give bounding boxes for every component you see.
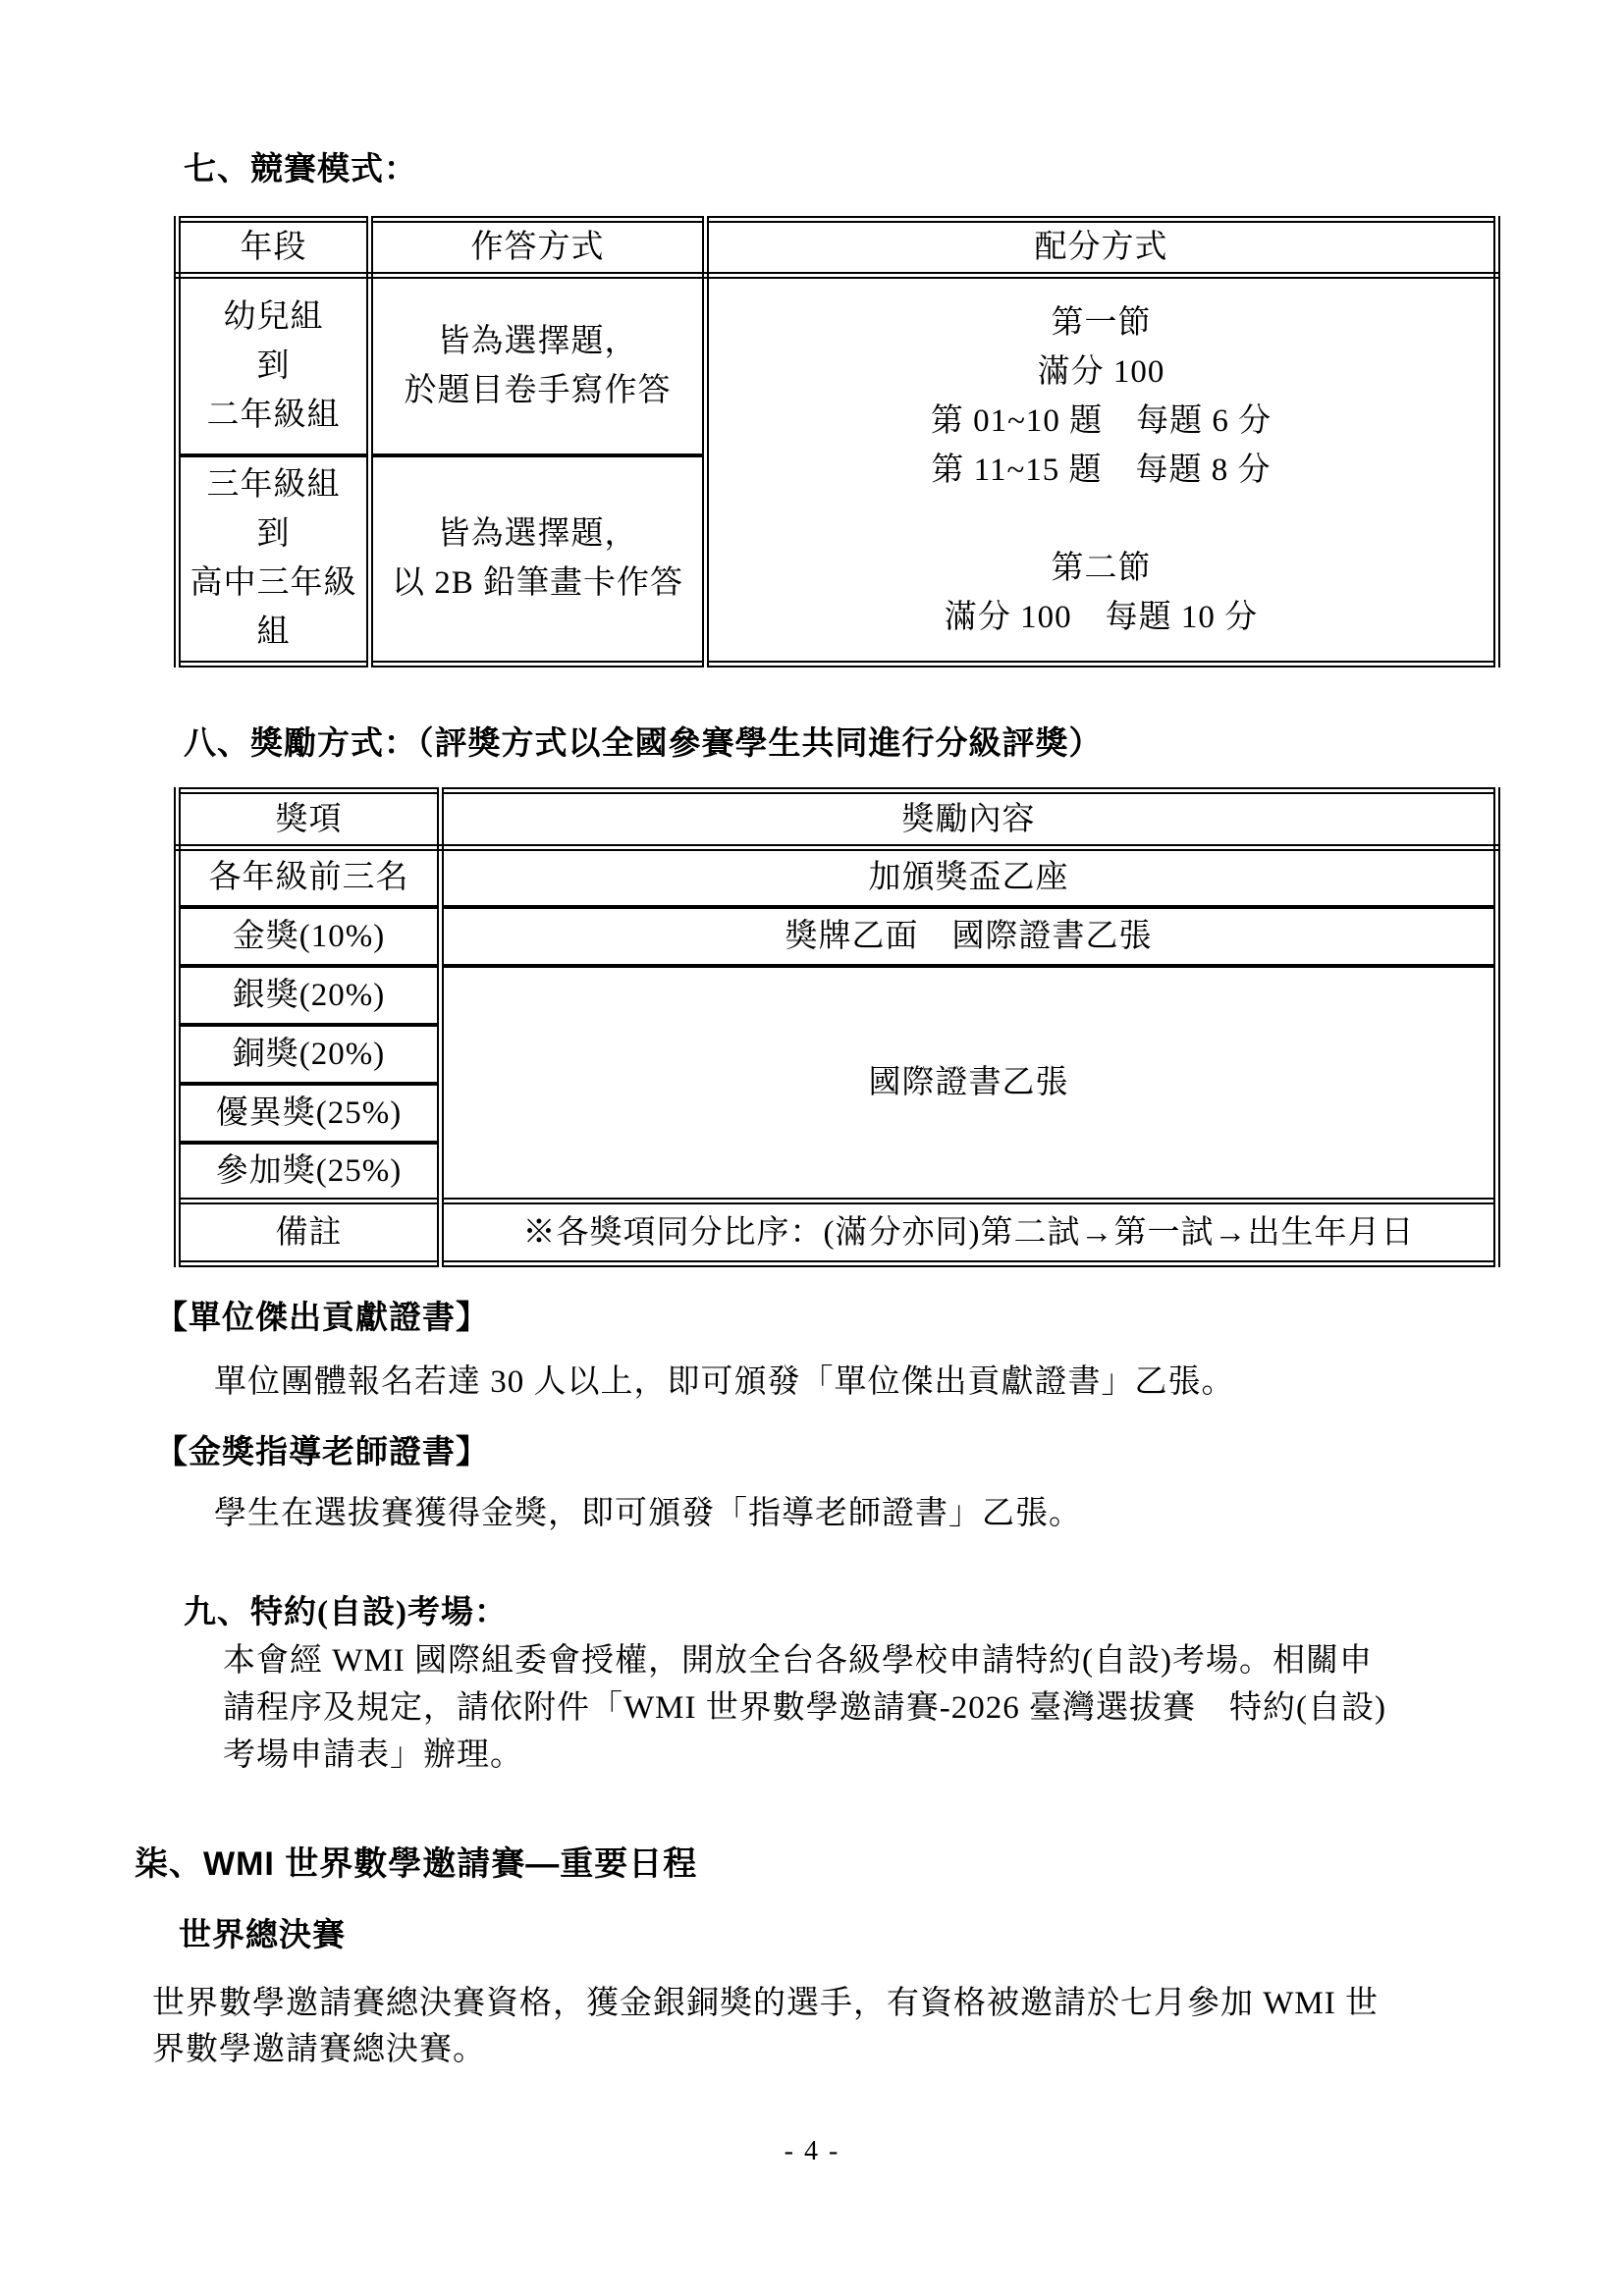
- table1-answer-cell-1: 皆為選擇題， 於題目卷手寫作答: [370, 276, 706, 455]
- world-final-subheading: 世界總決賽: [179, 1909, 346, 1955]
- note-label-cell: 備註: [178, 1201, 441, 1264]
- award-label-cell: 優異獎(25%): [178, 1084, 441, 1143]
- unit-certificate-paragraph: 單位團體報名若達 30 人以上，即可頒發「單位傑出貢獻證書」乙張。: [214, 1359, 1235, 1406]
- awards-table: 獎項 獎勵內容 各年級前三名 加頒獎盃乙座 金獎(10%) 獎牌乙面 國際證書乙…: [174, 787, 1500, 1267]
- world-final-paragraph: 世界數學邀請賽總決賽資格，獲金銀銅獎的選手，有資格被邀請於七月參加 WMI 世 …: [152, 1981, 1429, 2073]
- table2-row-note: 備註 ※各獎項同分比序：(滿分亦同)第二試→第一試→出生年月日: [178, 1201, 1497, 1264]
- document-page: 七、競賽模式： 年段 作答方式 配分方式 幼兒組 到 二年級組 皆為選擇題， 於…: [0, 0, 1624, 2296]
- table1-answer-cell-2: 皆為選擇題， 以 2B 鉛筆畫卡作答: [370, 455, 706, 665]
- table1-grade-cell-1: 幼兒組 到 二年級組: [178, 276, 370, 455]
- teacher-certificate-paragraph: 學生在選拔賽獲得金獎，即可頒發「指導老師證書」乙張。: [214, 1490, 1082, 1537]
- table1-header-scoring-method: 配分方式: [706, 220, 1497, 276]
- table2-header-row: 獎項 獎勵內容: [178, 791, 1497, 848]
- award-label-cell: 銀獎(20%): [178, 966, 441, 1025]
- award-content-cell: 加頒獎盃乙座: [441, 848, 1497, 907]
- table1-row-1: 幼兒組 到 二年級組 皆為選擇題， 於題目卷手寫作答 第一節 滿分 100 第 …: [178, 276, 1497, 455]
- award-merged-content-cell: 國際證書乙張: [441, 966, 1497, 1201]
- competition-mode-table: 年段 作答方式 配分方式 幼兒組 到 二年級組 皆為選擇題， 於題目卷手寫作答 …: [174, 216, 1500, 667]
- teacher-certificate-heading: 【金獎指導老師證書】: [155, 1426, 489, 1472]
- section-7-title: 七、競賽模式：: [184, 143, 417, 189]
- award-content-cell: 獎牌乙面 國際證書乙張: [441, 907, 1497, 966]
- table1-scoring-cell: 第一節 滿分 100 第 01~10 題 每題 6 分 第 11~15 題 每題…: [706, 276, 1497, 665]
- page-number: - 4 -: [0, 2136, 1624, 2167]
- table2-row-silver: 銀獎(20%) 國際證書乙張: [178, 966, 1497, 1025]
- table1-header-answer-method: 作答方式: [370, 220, 706, 276]
- note-content-cell: ※各獎項同分比序：(滿分亦同)第二試→第一試→出生年月日: [441, 1201, 1497, 1264]
- table1-grade-cell-2: 三年級組 到 高中三年級組: [178, 455, 370, 665]
- table1-header-grade: 年段: [178, 220, 370, 276]
- award-label-cell: 參加獎(25%): [178, 1143, 441, 1201]
- award-label-cell: 金獎(10%): [178, 907, 441, 966]
- table2-row-top3: 各年級前三名 加頒獎盃乙座: [178, 848, 1497, 907]
- section-9-paragraph: 本會經 WMI 國際組委會授權，開放全台各級學校申請特約(自設)考場。相關申 請…: [223, 1637, 1440, 1779]
- table1-header-row: 年段 作答方式 配分方式: [178, 220, 1497, 276]
- section-9-title: 九、特約(自設)考場：: [184, 1586, 508, 1632]
- table2-header-award: 獎項: [178, 791, 441, 848]
- section-8-title: 八、獎勵方式：（評獎方式以全國參賽學生共同進行分級評獎）: [184, 718, 1103, 764]
- table2-row-gold: 金獎(10%) 獎牌乙面 國際證書乙張: [178, 907, 1497, 966]
- award-label-cell: 各年級前三名: [178, 848, 441, 907]
- section-qi-title: 柒、WMI 世界數學邀請賽—重要日程: [135, 1837, 697, 1885]
- table2-header-content: 獎勵內容: [441, 791, 1497, 848]
- award-label-cell: 銅獎(20%): [178, 1025, 441, 1084]
- unit-certificate-heading: 【單位傑出貢獻證書】: [155, 1292, 489, 1338]
